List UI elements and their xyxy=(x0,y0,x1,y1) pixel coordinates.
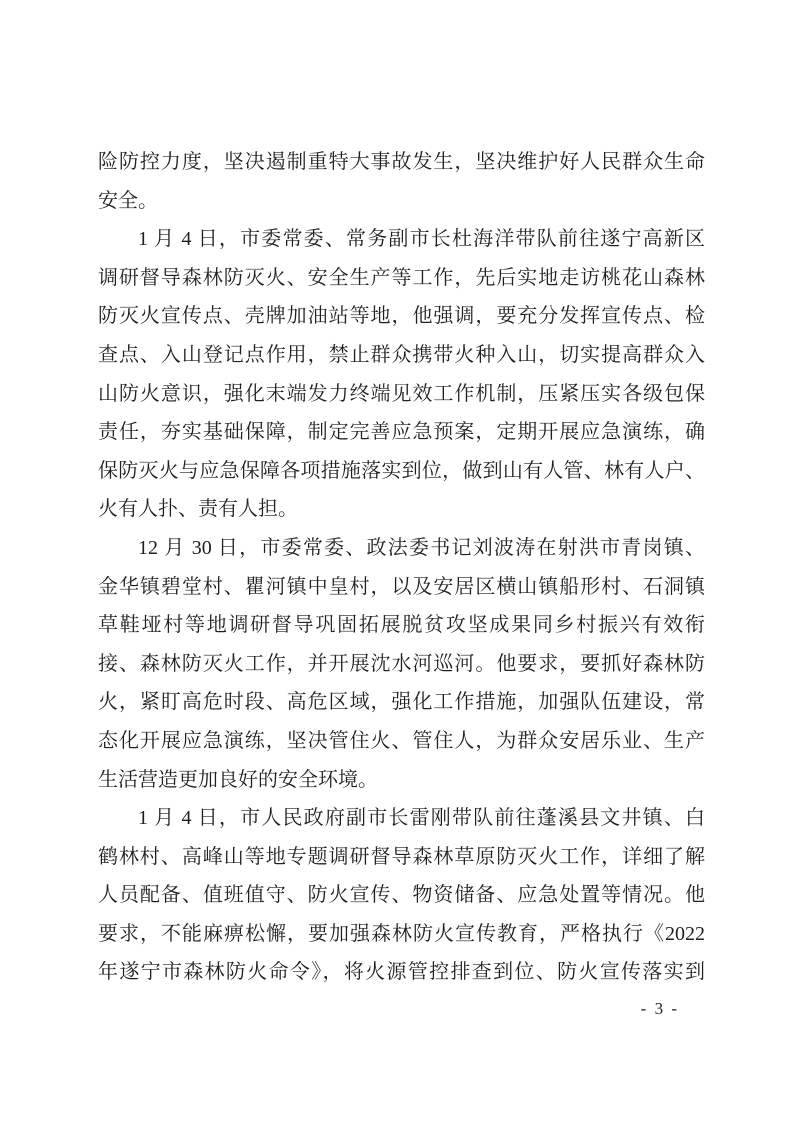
text-line: 山防火意识，强化末端发力终端见效工作机制，压紧压实各级包保 xyxy=(98,375,705,414)
page-number: - 3 - xyxy=(98,999,705,1019)
text-line: 年遂宁市森林防火命令》，将火源管控排查到位、防火宣传落实到 xyxy=(98,953,705,992)
text-line: 责任，夯实基础保障，制定完善应急预案，定期开展应急演练，确 xyxy=(98,413,705,452)
document-body-text: 险防控力度，坚决遏制重特大事故发生，坚决维护好人民群众生命 安全。 1 月 4 … xyxy=(98,143,705,992)
text-line: 火有人扑、责有人担。 xyxy=(98,490,705,529)
text-line: 调研督导森林防灭火、安全生产等工作，先后实地走访桃花山森林 xyxy=(98,259,705,298)
text-line: 要求，不能麻痹松懈，要加强森林防火宣传教育，严格执行《2022 xyxy=(98,915,705,954)
text-line: 险防控力度，坚决遏制重特大事故发生，坚决维护好人民群众生命 xyxy=(98,143,705,182)
text-line: 防灭火宣传点、壳牌加油站等地，他强调，要充分发挥宣传点、检 xyxy=(98,297,705,336)
text-line: 鹤林村、高峰山等地专题调研督导森林草原防灭火工作，详细了解 xyxy=(98,838,705,877)
text-line: 人员配备、值班值守、防火宣传、物资储备、应急处置等情况。他 xyxy=(98,876,705,915)
text-line: 金华镇碧堂村、瞿河镇中皇村，以及安居区横山镇船形村、石洞镇 xyxy=(98,568,705,607)
text-line: 1 月 4 日，市委常委、常务副市长杜海洋带队前往遂宁高新区 xyxy=(98,220,705,259)
text-line: 12 月 30 日，市委常委、政法委书记刘波涛在射洪市青岗镇、 xyxy=(98,529,705,568)
text-line: 1 月 4 日，市人民政府副市长雷刚带队前往蓬溪县文井镇、白 xyxy=(98,799,705,838)
text-line: 生活营造更加良好的安全环境。 xyxy=(98,761,705,800)
text-line: 保防灭火与应急保障各项措施落实到位，做到山有人管、林有人户、 xyxy=(98,452,705,491)
text-line: 接、森林防灭火工作，并开展沈水河巡河。他要求，要抓好森林防 xyxy=(98,645,705,684)
text-line: 草鞋垭村等地调研督导巩固拓展脱贫攻坚成果同乡村振兴有效衔 xyxy=(98,606,705,645)
text-line: 态化开展应急演练，坚决管住火、管住人，为群众安居乐业、生产 xyxy=(98,722,705,761)
text-line: 安全。 xyxy=(98,182,705,221)
text-line: 查点、入山登记点作用，禁止群众携带火种入山，切实提高群众入 xyxy=(98,336,705,375)
text-line: 火，紧盯高危时段、高危区域，强化工作措施，加强队伍建设，常 xyxy=(98,683,705,722)
document-page: 险防控力度，坚决遏制重特大事故发生，坚决维护好人民群众生命 安全。 1 月 4 … xyxy=(0,0,793,1122)
